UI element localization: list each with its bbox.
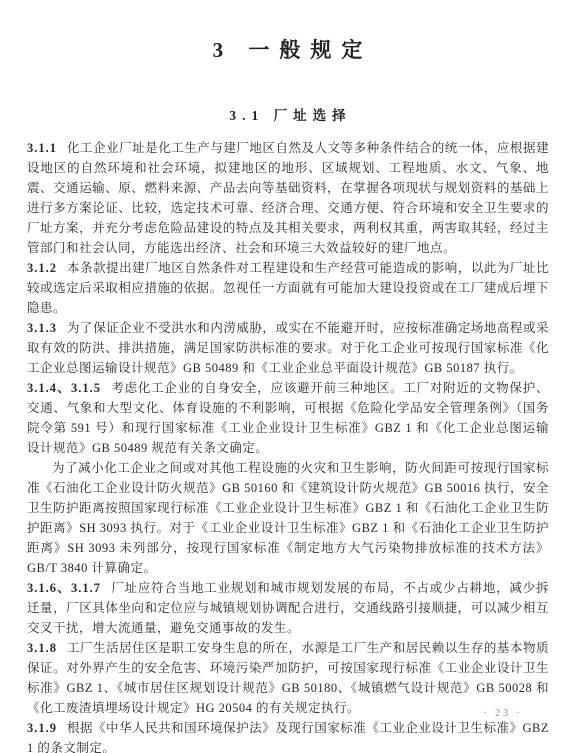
clause-text: 为了保证企业不受洪水和内涝威胁，或实在不能避开时，应按标准确定场地高程或采取有效… (27, 321, 549, 375)
clause-number: 3.1.2 (27, 261, 67, 275)
page-number: · 23 · (483, 708, 523, 719)
clause-paragraph: 3.1.6、3.1.7厂址应符合当地工业规划和城市规划发展的布局，不占或少占耕地… (27, 578, 549, 638)
clause-text: 本条款提出建厂地区自然条件对工程建设和生产经营可能造成的影响，以此为厂址比较或选… (27, 261, 549, 315)
section-heading: 3.1 厂址选择 (0, 104, 575, 124)
clause-number: 3.1.8 (27, 641, 67, 655)
clause-paragraph: 3.1.1化工企业厂址是化工生产与建厂地区自然及人文等多种条件结合的统一体，应根… (27, 138, 549, 258)
clause-paragraph: 3.1.4、3.1.5考虑化工企业的自身安全，应该避开前三种地区。工厂对附近的文… (27, 378, 549, 458)
clause-text: 根据《中华人民共和国环境保护法》及现行国家标准《工业企业设计卫生标准》GBZ 1… (27, 721, 549, 753)
clause-paragraph: 3.1.8工厂生活居住区是职工安身生息的所在，水源是工厂生产和居民赖以生存的基本… (27, 638, 549, 718)
clause-number: 3.1.1 (27, 141, 67, 155)
clause-number: 3.1.3 (27, 321, 67, 335)
document-page: 3 一般规定 3.1 厂址选择 3.1.1化工企业厂址是化工生产与建厂地区自然及… (0, 0, 575, 753)
clause-paragraph: 3.1.2本条款提出建厂地区自然条件对工程建设和生产经营可能造成的影响，以此为厂… (27, 258, 549, 318)
page-title: 3 一般规定 (0, 34, 575, 64)
clause-text: 为了减小化工企业之间或对其他工程设施的火灾和卫生影响，防火间距可按现行国家标准《… (27, 461, 549, 575)
clause-text: 工厂生活居住区是职工安身生息的所在，水源是工厂生产和居民赖以生存的基本物质保证。… (27, 641, 549, 715)
clause-text: 化工企业厂址是化工生产与建厂地区自然及人文等多种条件结合的统一体，应根据建设地区… (27, 141, 549, 255)
clause-paragraph: 3.1.3为了保证企业不受洪水和内涝威胁，或实在不能避开时，应按标准确定场地高程… (27, 318, 549, 378)
clause-paragraph: 为了减小化工企业之间或对其他工程设施的火灾和卫生影响，防火间距可按现行国家标准《… (27, 458, 549, 578)
body-paragraphs: 3.1.1化工企业厂址是化工生产与建厂地区自然及人文等多种条件结合的统一体，应根… (0, 138, 575, 753)
clause-number: 3.1.9 (27, 721, 67, 735)
clause-number: 3.1.6、3.1.7 (27, 581, 111, 595)
clause-paragraph: 3.1.9根据《中华人民共和国环境保护法》及现行国家标准《工业企业设计卫生标准》… (27, 718, 549, 753)
clause-number: 3.1.4、3.1.5 (27, 381, 111, 395)
